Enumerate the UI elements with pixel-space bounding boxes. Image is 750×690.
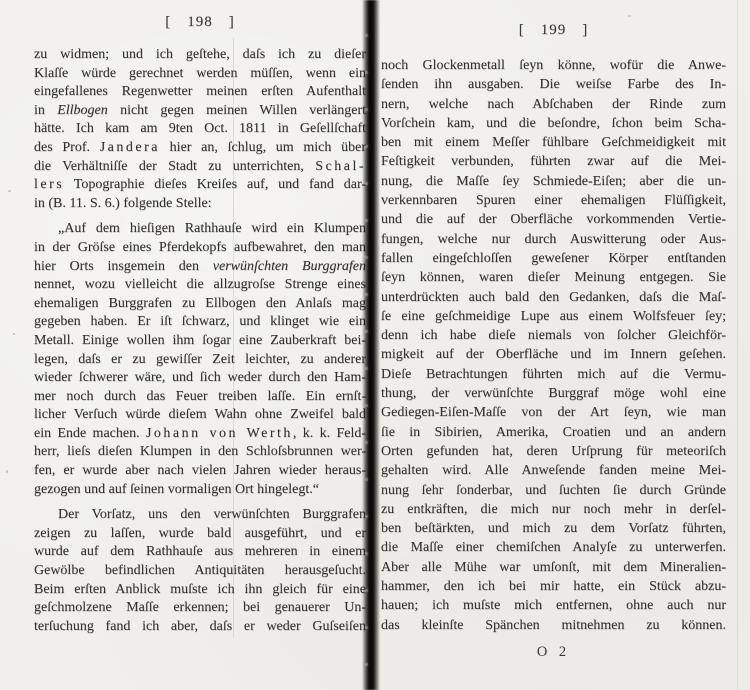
text-segment: thung, der verwünſchte Burggraf möge woh… bbox=[381, 386, 726, 401]
text-segment: hier an, ſchlug, um mich über bbox=[160, 140, 366, 155]
signature-mark: O 2 bbox=[381, 644, 726, 661]
paper-speck bbox=[13, 333, 15, 335]
text-segment: Metall. Einige wollen ihm ſogar eine Zau… bbox=[34, 333, 366, 348]
text-segment: Aber alle Mühe war umſonſt, mit dem Mine… bbox=[381, 560, 726, 575]
text-line: hätte. Ich kam am 9ten Oct. 1811 in Geſe… bbox=[34, 120, 366, 139]
text-line: die Maſſe einer chemiſchen Analyſe zu un… bbox=[381, 538, 726, 557]
text-segment: Topographie dieſes Kreiſes auf, und fand… bbox=[64, 177, 366, 192]
text-line: noch Glockenmetall ſeyn könne, wofür die… bbox=[381, 56, 726, 75]
letterspaced-text: Jandera bbox=[100, 140, 160, 155]
text-segment: hammer, den ich bei mir hatte, ein Stück… bbox=[381, 579, 726, 594]
text-segment: ſenden ihn ausgaben. Die weiſse Farbe de… bbox=[381, 77, 726, 92]
text-line: nennet, wozu vielleicht die allzugroſse … bbox=[34, 276, 366, 295]
page-number-header: [ 198 ] bbox=[34, 14, 366, 34]
text-segment: und die auf der Oberfläche vorkommenden … bbox=[381, 212, 726, 227]
text-segment: hauen; ich muſste mich entfernen, ohne a… bbox=[381, 598, 726, 613]
paper-speck bbox=[6, 470, 8, 473]
text-line: thung, der verwünſchte Burggraf möge woh… bbox=[381, 384, 726, 403]
text-line: mer noch durch das Feuer treiben laſſe. … bbox=[34, 388, 366, 407]
text-line: legen, daſs er zu gewiſſer Zeit leichter… bbox=[34, 351, 366, 370]
text-line: in Ellbogen nicht gegen meinen Willen ve… bbox=[34, 102, 366, 121]
text-segment: zeigen zu laſſen, wurde bald ausgeführt,… bbox=[34, 526, 366, 541]
letterspaced-text: Johann von Werth bbox=[146, 426, 293, 441]
text-segment: Der Vorſatz, uns den verwünſchten Burggr… bbox=[58, 507, 366, 522]
text-line: fungen, welche nur durch Auswitterung od… bbox=[381, 230, 726, 249]
text-line: Klaſſe würde gerechnet werden müſſen, we… bbox=[34, 65, 366, 84]
text-segment: terſuchung fand ich aber, daſs er weder … bbox=[34, 619, 366, 634]
text-segment: ſeyn können, waren dieſer Meinung entgeg… bbox=[381, 270, 726, 285]
text-segment: nung, die Maſſe ſey Schmiede-Eiſen; aber… bbox=[381, 174, 726, 189]
text-segment: licher Verſuch würde dieſem Wahn ohne Zw… bbox=[34, 407, 366, 422]
text-segment: zu entkräften, die mich nur noch mehr in… bbox=[381, 502, 726, 517]
text-line: unterdrückten auch bald den Gedanken, da… bbox=[381, 288, 726, 307]
text-line: in (B. 11. S. 6.) folgende Stelle: bbox=[34, 195, 366, 214]
text-line: Gediegen-Eiſen-Maſſe von der Art ſeyn, w… bbox=[381, 403, 726, 422]
text-segment: zu widmen; und ich geſtehe, daſs ich zu … bbox=[34, 47, 366, 62]
text-segment: ſie in Sibirien, Amerika, Croatien und a… bbox=[381, 425, 726, 440]
text-segment: gehalten wird. Alle Anweſende fanden mei… bbox=[381, 463, 726, 478]
text-segment: wieder ſchwerer wäre, und ſich weder dur… bbox=[34, 370, 366, 385]
text-segment: eingefallenes Regenwetter meinen erſten … bbox=[34, 84, 366, 99]
letterspaced-text: Schal- bbox=[315, 159, 366, 174]
text-line: ſie in Sibirien, Amerika, Croatien und a… bbox=[381, 423, 726, 442]
page-198-text: zu widmen; und ich geſtehe, daſs ich zu … bbox=[34, 46, 366, 636]
text-line: Orten gefunden hat, deren Urſprung für m… bbox=[381, 442, 726, 461]
text-segment: ſe eine geſchmeidige Lupe aus einem Wolf… bbox=[381, 309, 726, 324]
text-line: nung ſehr ſonderbar, und ſuchten ſie dur… bbox=[381, 481, 726, 500]
text-line: in der Gröſse eines Pferdekopfs aufbewah… bbox=[34, 239, 366, 258]
text-line: ben mit einem Meſſer fühlbare Geſchmeidi… bbox=[381, 133, 726, 152]
text-segment: geſchmolzene Maſſe erkennen; bei genauer… bbox=[34, 600, 366, 615]
text-segment: , k. k. Feld- bbox=[293, 426, 366, 441]
italic-text: verwünſchten Burggrafen bbox=[213, 259, 366, 274]
letterspaced-text: lers bbox=[34, 177, 64, 192]
text-line: Feſtigkeit verbunden, führten zwar auf d… bbox=[381, 152, 726, 171]
text-line: wieder ſchwerer wäre, und ſich weder dur… bbox=[34, 369, 366, 388]
text-segment: legen, daſs er zu gewiſſer Zeit leichter… bbox=[34, 352, 366, 367]
text-line: ſeyn können, waren dieſer Meinung entgeg… bbox=[381, 268, 726, 287]
text-segment: unterdrückten auch bald den Gedanken, da… bbox=[381, 290, 726, 305]
paper-speck bbox=[628, 15, 631, 17]
paper-edge-line bbox=[737, 0, 738, 690]
page-199-text: noch Glockenmetall ſeyn könne, wofür die… bbox=[381, 56, 726, 635]
text-segment: nennet, wozu vielleicht die allzugroſse … bbox=[34, 277, 366, 292]
text-line: lers Topographie dieſes Kreiſes auf, und… bbox=[34, 176, 366, 195]
text-line: ein Ende machen. Johann von Werth, k. k.… bbox=[34, 425, 366, 444]
text-line: „Auf dem hieſigen Rathhauſe wird ein Klu… bbox=[34, 220, 366, 239]
text-line: hammer, den ich bei mir hatte, ein Stück… bbox=[381, 577, 726, 596]
text-line: gehalten wird. Alle Anweſende fanden mei… bbox=[381, 461, 726, 480]
text-line: hauen; ich muſste mich entfernen, ohne a… bbox=[381, 596, 726, 615]
text-segment: ein Ende machen. bbox=[34, 426, 146, 441]
text-segment: in (B. 11. S. 6.) folgende Stelle: bbox=[34, 196, 212, 211]
text-line: gegeben haben. Er iſt ſchwarz, und kling… bbox=[34, 313, 366, 332]
text-line: nern, welche nach Abſchaben der Rinde zu… bbox=[381, 95, 726, 114]
text-line: nung, die Maſſe ſey Schmiede-Eiſen; aber… bbox=[381, 172, 726, 191]
text-segment: hätte. Ich kam am 9ten Oct. 1811 in Geſe… bbox=[34, 121, 366, 136]
text-segment: Gediegen-Eiſen-Maſſe von der Art ſeyn, w… bbox=[381, 405, 726, 420]
book-gutter-shadow bbox=[362, 0, 380, 690]
text-segment: das kleinſte Spänchen mitnehmen zu könne… bbox=[381, 618, 726, 633]
text-segment: fungen, welche nur durch Auswitterung od… bbox=[381, 232, 726, 247]
text-segment: gegeben haben. Er iſt ſchwarz, und kling… bbox=[34, 314, 366, 329]
text-line: wurde auf dem Rathhauſe aus mehreren in … bbox=[34, 543, 366, 562]
text-segment: denn ich habe dieſe niemals von ſolcher … bbox=[381, 328, 726, 343]
text-segment: fen, er wurde aber nach vielen Jahren wi… bbox=[34, 463, 366, 478]
text-segment: nung ſehr ſonderbar, und ſuchten ſie dur… bbox=[381, 483, 726, 498]
text-segment: verkennbaren Spuren einer ehemaligen Flü… bbox=[381, 193, 726, 208]
text-segment: des Prof. bbox=[34, 140, 100, 155]
text-line: fallen eingeſchloſſen geweſener Körper e… bbox=[381, 249, 726, 268]
page-number-header: [ 199 ] bbox=[381, 22, 726, 42]
text-line: die Verhältniſſe der Stadt zu unterricht… bbox=[34, 158, 366, 177]
text-line: Gewölbe befindlichen Antiquitäten heraus… bbox=[34, 562, 366, 581]
text-segment: migkeit auf der Oberfläche und im Innern… bbox=[381, 347, 726, 362]
text-line: Der Vorſatz, uns den verwünſchten Burggr… bbox=[34, 506, 366, 525]
text-segment: wurde auf dem Rathhauſe aus mehreren in … bbox=[34, 544, 366, 559]
book-scan: [ 198 ] zu widmen; und ich geſtehe, daſs… bbox=[0, 0, 750, 690]
text-segment: Vorſchein kam, und die beſondre, ſchon b… bbox=[381, 116, 726, 131]
text-line: des Prof. Jandera hier an, ſchlug, um mi… bbox=[34, 139, 366, 158]
text-segment: Gewölbe befindlichen Antiquitäten heraus… bbox=[34, 563, 366, 578]
text-segment: Orten gefunden hat, deren Urſprung für m… bbox=[381, 444, 726, 459]
text-segment: Klaſſe würde gerechnet werden müſſen, we… bbox=[34, 66, 366, 81]
text-line: ſe eine geſchmeidige Lupe aus einem Wolf… bbox=[381, 307, 726, 326]
text-segment: ehemaligen Burggrafen zu Ellbogen den An… bbox=[34, 296, 366, 311]
text-segment: ben beſtärkten, und mich zu dem Vorſatz … bbox=[381, 521, 726, 536]
text-segment: Beim erſten Anblick muſste ich ihn gleic… bbox=[34, 582, 366, 597]
text-line: ſenden ihn ausgaben. Die weiſse Farbe de… bbox=[381, 75, 726, 94]
text-segment: fallen eingeſchloſſen geweſener Körper e… bbox=[381, 251, 726, 266]
text-segment: gezogen und auf ſeinen vormaligen Ort hi… bbox=[34, 482, 319, 497]
text-segment: nern, welche nach Abſchaben der Rinde zu… bbox=[381, 97, 726, 112]
text-line: terſuchung fand ich aber, daſs er weder … bbox=[34, 618, 366, 637]
text-line: gezogen und auf ſeinen vormaligen Ort hi… bbox=[34, 481, 366, 500]
text-segment: in der Gröſse eines Pferdekopfs aufbewah… bbox=[34, 240, 366, 255]
text-line: zeigen zu laſſen, wurde bald ausgeführt,… bbox=[34, 525, 366, 544]
text-line: fen, er wurde aber nach vielen Jahren wi… bbox=[34, 462, 366, 481]
text-line: Aber alle Mühe war umſonſt, mit dem Mine… bbox=[381, 558, 726, 577]
paper-crease-line bbox=[233, 38, 234, 638]
text-line: das kleinſte Spänchen mitnehmen zu könne… bbox=[381, 616, 726, 635]
text-segment: hier Orts insgemein den bbox=[34, 259, 213, 274]
text-segment: die Verhältniſſe der Stadt zu unterricht… bbox=[34, 159, 315, 174]
text-segment: herr, lieſs dieſen Klumpen in den Schloſ… bbox=[34, 444, 366, 459]
text-segment: mer noch durch das Feuer treiben laſſe. … bbox=[34, 389, 366, 404]
text-line: Beim erſten Anblick muſste ich ihn gleic… bbox=[34, 581, 366, 600]
text-line: zu entkräften, die mich nur noch mehr in… bbox=[381, 500, 726, 519]
text-line: Vorſchein kam, und die beſondre, ſchon b… bbox=[381, 114, 726, 133]
text-segment: in bbox=[34, 103, 57, 118]
paper-speck bbox=[8, 190, 11, 192]
text-segment: Dieſe Betrachtungen führten mich auf die… bbox=[381, 367, 726, 382]
text-line: Dieſe Betrachtungen führten mich auf die… bbox=[381, 365, 726, 384]
text-segment: noch Glockenmetall ſeyn könne, wofür die… bbox=[381, 58, 726, 73]
italic-text: Ellbogen bbox=[57, 103, 108, 118]
text-line: verkennbaren Spuren einer ehemaligen Flü… bbox=[381, 191, 726, 210]
page-199: [ 199 ] noch Glockenmetall ſeyn könne, w… bbox=[381, 22, 726, 661]
text-line: migkeit auf der Oberfläche und im Innern… bbox=[381, 345, 726, 364]
text-line: eingefallenes Regenwetter meinen erſten … bbox=[34, 83, 366, 102]
text-line: und die auf der Oberfläche vorkommenden … bbox=[381, 210, 726, 229]
text-line: ehemaligen Burggrafen zu Ellbogen den An… bbox=[34, 295, 366, 314]
text-line: zu widmen; und ich geſtehe, daſs ich zu … bbox=[34, 46, 366, 65]
page-198: [ 198 ] zu widmen; und ich geſtehe, daſs… bbox=[34, 14, 366, 636]
text-segment: Feſtigkeit verbunden, führten zwar auf d… bbox=[381, 154, 726, 169]
text-line: ben beſtärkten, und mich zu dem Vorſatz … bbox=[381, 519, 726, 538]
text-line: denn ich habe dieſe niemals von ſolcher … bbox=[381, 326, 726, 345]
text-line: Metall. Einige wollen ihm ſogar eine Zau… bbox=[34, 332, 366, 351]
text-line: herr, lieſs dieſen Klumpen in den Schloſ… bbox=[34, 443, 366, 462]
text-line: licher Verſuch würde dieſem Wahn ohne Zw… bbox=[34, 406, 366, 425]
text-segment: ben mit einem Meſſer fühlbare Geſchmeidi… bbox=[381, 135, 726, 150]
text-segment: nicht gegen meinen Willen verlängert bbox=[108, 103, 366, 118]
text-line: geſchmolzene Maſſe erkennen; bei genauer… bbox=[34, 599, 366, 618]
text-segment: „Auf dem hieſigen Rathhauſe wird ein Klu… bbox=[58, 221, 366, 236]
text-segment: die Maſſe einer chemiſchen Analyſe zu un… bbox=[381, 540, 726, 555]
text-line: hier Orts insgemein den verwünſchten Bur… bbox=[34, 258, 366, 277]
